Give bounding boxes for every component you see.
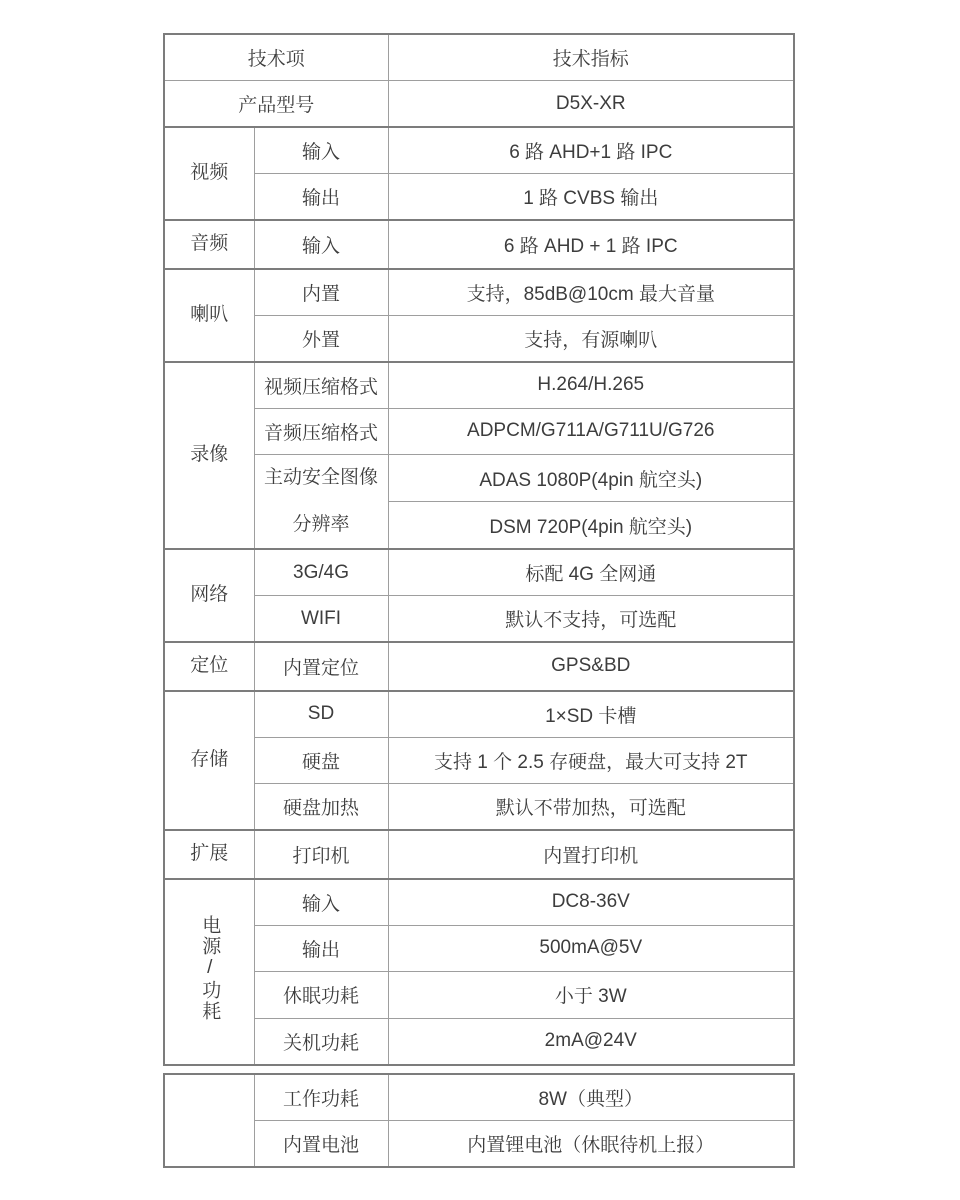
row-recording-audio-codec: 音频压缩格式 ADPCM/G711A/G711U/G726 bbox=[164, 408, 794, 455]
item-cell: 外置 bbox=[254, 315, 388, 362]
item-cell: 打印机 bbox=[254, 830, 388, 879]
item-cell: 休眠功耗 bbox=[254, 972, 388, 1019]
row-expansion-printer: 扩展 打印机 内置打印机 bbox=[164, 830, 794, 879]
item-cell: 音频压缩格式 bbox=[254, 408, 388, 455]
value-cell: 内置打印机 bbox=[388, 830, 794, 879]
spec-table-container: 技术项 技术指标 产品型号 D5X-XR 视频 输入 6 路 AHD+1 路 I… bbox=[163, 33, 793, 1168]
value-cell: DSM 720P(4pin 航空头) bbox=[388, 502, 794, 549]
header-tech-item: 技术项 bbox=[164, 34, 388, 81]
item-cell: 视频压缩格式 bbox=[254, 362, 388, 409]
header-row: 技术项 技术指标 bbox=[164, 34, 794, 81]
product-model-value: D5X-XR bbox=[388, 81, 794, 128]
value-cell: 默认不带加热，可选配 bbox=[388, 784, 794, 831]
item-cell: 3G/4G bbox=[254, 549, 388, 596]
category-cell-storage: 存储 bbox=[164, 691, 254, 831]
category-cell-recording: 录像 bbox=[164, 362, 254, 550]
value-cell: 默认不支持，可选配 bbox=[388, 596, 794, 643]
category-cell-positioning: 定位 bbox=[164, 642, 254, 691]
row-power-working: 工作功耗 8W（典型） bbox=[164, 1074, 794, 1121]
category-cell-network: 网络 bbox=[164, 549, 254, 642]
row-network-wifi: WIFI 默认不支持，可选配 bbox=[164, 596, 794, 643]
category-cell-power: 电源/功耗 bbox=[164, 879, 254, 1065]
value-cell: 1×SD 卡槽 bbox=[388, 691, 794, 738]
value-cell: GPS&BD bbox=[388, 642, 794, 691]
value-cell: 8W（典型） bbox=[388, 1074, 794, 1121]
item-cell: SD bbox=[254, 691, 388, 738]
header-tech-spec: 技术指标 bbox=[388, 34, 794, 81]
product-model-row: 产品型号 D5X-XR bbox=[164, 81, 794, 128]
value-cell: 6 路 AHD+1 路 IPC bbox=[388, 127, 794, 174]
value-cell: 支持 1 个 2.5 存硬盘，最大可支持 2T bbox=[388, 737, 794, 784]
value-cell: DC8-36V bbox=[388, 879, 794, 926]
value-cell: 支持，有源喇叭 bbox=[388, 315, 794, 362]
category-label: 网络 bbox=[165, 572, 254, 619]
item-cell: 输入 bbox=[254, 879, 388, 926]
category-label: 定位 bbox=[165, 643, 254, 690]
item-cell: 输出 bbox=[254, 925, 388, 972]
row-power-output: 输出 500mA@5V bbox=[164, 925, 794, 972]
item-cell: 工作功耗 bbox=[254, 1074, 388, 1121]
row-storage-hdd: 硬盘 支持 1 个 2.5 存硬盘，最大可支持 2T bbox=[164, 737, 794, 784]
item-cell: 硬盘 bbox=[254, 737, 388, 784]
item-cell: 输入 bbox=[254, 220, 388, 269]
value-cell: ADPCM/G711A/G711U/G726 bbox=[388, 408, 794, 455]
item-cell: 内置电池 bbox=[254, 1120, 388, 1167]
category-label-vertical: 电源/功耗 bbox=[199, 915, 219, 1022]
category-cell-power-continued bbox=[164, 1074, 254, 1167]
row-power-shutdown: 关机功耗 2mA@24V bbox=[164, 1018, 794, 1065]
item-cell: 输出 bbox=[254, 174, 388, 221]
item-cell: 硬盘加热 bbox=[254, 784, 388, 831]
category-label: 视频 bbox=[165, 150, 254, 197]
item-cell-safety-image-resolution: 主动安全图像 分辨率 bbox=[254, 455, 388, 550]
category-cell-expansion: 扩展 bbox=[164, 830, 254, 879]
row-audio-input: 音频 输入 6 路 AHD + 1 路 IPC bbox=[164, 220, 794, 269]
row-recording-video-codec: 录像 视频压缩格式 H.264/H.265 bbox=[164, 362, 794, 409]
row-network-cellular: 网络 3G/4G 标配 4G 全网通 bbox=[164, 549, 794, 596]
row-speaker-internal: 喇叭 内置 支持，85dB@10cm 最大音量 bbox=[164, 269, 794, 316]
row-recording-adas-resolution: 主动安全图像 分辨率 ADAS 1080P(4pin 航空头) bbox=[164, 455, 794, 502]
value-cell: 支持，85dB@10cm 最大音量 bbox=[388, 269, 794, 316]
row-video-input: 视频 输入 6 路 AHD+1 路 IPC bbox=[164, 127, 794, 174]
value-cell: 小于 3W bbox=[388, 972, 794, 1019]
row-video-output: 输出 1 路 CVBS 输出 bbox=[164, 174, 794, 221]
row-power-input: 电源/功耗 输入 DC8-36V bbox=[164, 879, 794, 926]
value-cell: 标配 4G 全网通 bbox=[388, 549, 794, 596]
row-positioning: 定位 内置定位 GPS&BD bbox=[164, 642, 794, 691]
category-label: 扩展 bbox=[165, 831, 254, 878]
value-cell: 内置锂电池（休眠待机上报） bbox=[388, 1120, 794, 1167]
value-cell: 500mA@5V bbox=[388, 925, 794, 972]
category-label: 录像 bbox=[165, 432, 254, 479]
value-cell: 2mA@24V bbox=[388, 1018, 794, 1065]
row-power-sleep: 休眠功耗 小于 3W bbox=[164, 972, 794, 1019]
category-label: 存储 bbox=[165, 737, 254, 784]
category-label: 音频 bbox=[165, 221, 254, 268]
category-cell-speaker: 喇叭 bbox=[164, 269, 254, 362]
value-cell: 1 路 CVBS 输出 bbox=[388, 174, 794, 221]
item-cell: 输入 bbox=[254, 127, 388, 174]
spec-table-main: 技术项 技术指标 产品型号 D5X-XR 视频 输入 6 路 AHD+1 路 I… bbox=[163, 33, 795, 1066]
category-cell-audio: 音频 bbox=[164, 220, 254, 269]
category-label: 喇叭 bbox=[165, 292, 254, 339]
category-cell-video: 视频 bbox=[164, 127, 254, 220]
product-model-label: 产品型号 bbox=[164, 81, 388, 128]
value-cell: 6 路 AHD + 1 路 IPC bbox=[388, 220, 794, 269]
spec-table-bottom: 工作功耗 8W（典型） 内置电池 内置锂电池（休眠待机上报） bbox=[163, 1073, 795, 1168]
item-cell: 关机功耗 bbox=[254, 1018, 388, 1065]
value-cell: ADAS 1080P(4pin 航空头) bbox=[388, 455, 794, 502]
row-storage-hdd-heating: 硬盘加热 默认不带加热，可选配 bbox=[164, 784, 794, 831]
item-cell: 内置定位 bbox=[254, 642, 388, 691]
item-cell: 内置 bbox=[254, 269, 388, 316]
row-power-battery: 内置电池 内置锂电池（休眠待机上报） bbox=[164, 1120, 794, 1167]
row-speaker-external: 外置 支持，有源喇叭 bbox=[164, 315, 794, 362]
value-cell: H.264/H.265 bbox=[388, 362, 794, 409]
row-storage-sd: 存储 SD 1×SD 卡槽 bbox=[164, 691, 794, 738]
item-cell: WIFI bbox=[254, 596, 388, 643]
